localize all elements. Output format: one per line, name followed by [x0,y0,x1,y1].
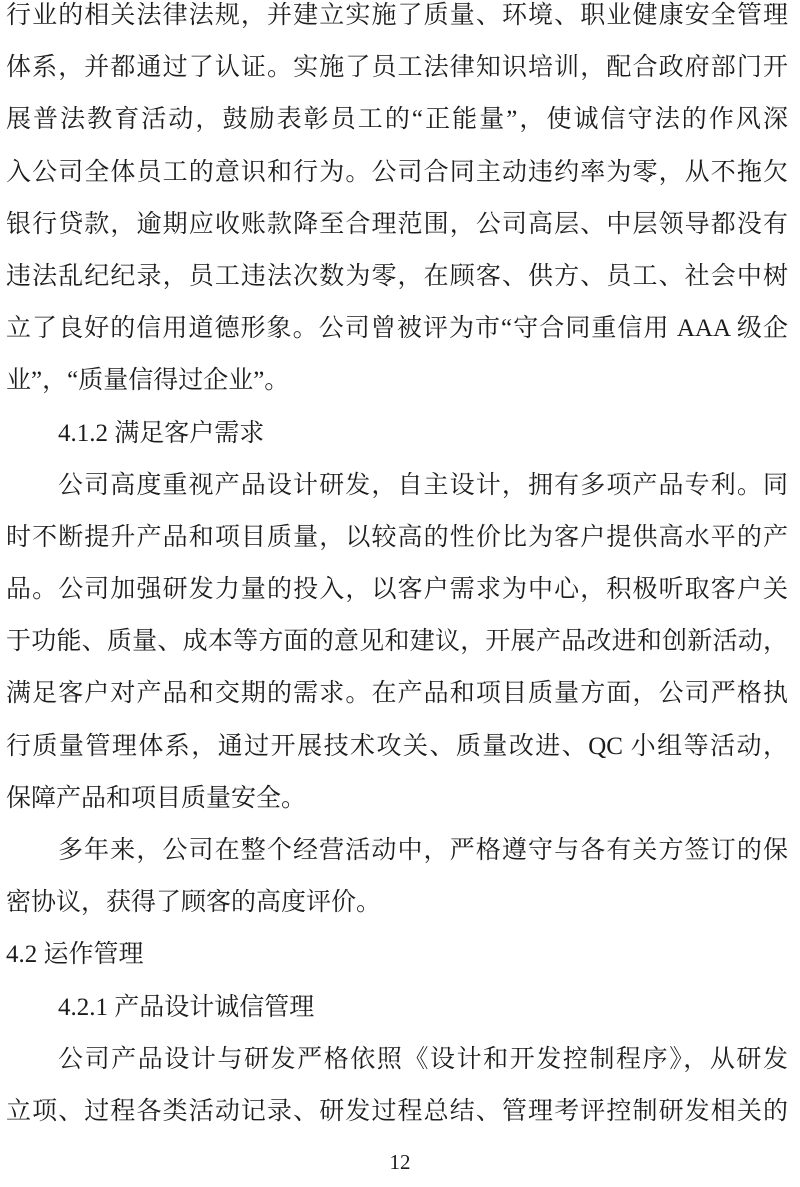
heading-line: 4.2.1 产品设计诚信管理 [6,982,788,1034]
page-number: 12 [0,1150,800,1175]
text-line: 体系，并都通过了认证。实施了员工法律知识培训，配合政府部门开 [6,42,788,94]
text-line: 公司高度重视产品设计研发，自主设计，拥有多项产品专利。同 [6,460,788,512]
heading-line: 4.2 运作管理 [6,929,788,981]
text-line: 满足客户对产品和交期的需求。在产品和项目质量方面，公司严格执 [6,668,788,720]
text-line: 时不断提升产品和项目质量，以较高的性价比为客户提供高水平的产 [6,512,788,564]
text-line: 品。公司加强研发力量的投入，以客户需求为中心，积极听取客户关 [6,564,788,616]
text-line: 展普法教育活动，鼓励表彰员工的“正能量”，使诚信守法的作风深 [6,94,788,146]
text-line: 密协议，获得了顾客的高度评价。 [6,877,788,929]
text-line: 保障产品和项目质量安全。 [6,773,788,825]
heading-line: 4.1.2 满足客户需求 [6,408,788,460]
text-line: 多年来，公司在整个经营活动中，严格遵守与各有关方签订的保 [6,825,788,877]
text-line: 行业的相关法律法规，并建立实施了质量、环境、职业健康安全管理 [6,0,788,42]
document-page: 行业的相关法律法规，并建立实施了质量、环境、职业健康安全管理体系，并都通过了认证… [0,0,800,1187]
text-line: 立了良好的信用道德形象。公司曾被评为市“守合同重信用 AAA 级企 [6,303,788,355]
text-line: 行质量管理体系，通过开展技术攻关、质量改进、QC 小组等活动， [6,721,788,773]
text-line: 立项、过程各类活动记录、研发过程总结、管理考评控制研发相关的 [6,1086,788,1138]
text-line: 入公司全体员工的意识和行为。公司合同主动违约率为零，从不拖欠 [6,147,788,199]
document-body: 行业的相关法律法规，并建立实施了质量、环境、职业健康安全管理体系，并都通过了认证… [6,0,788,1138]
text-line: 公司产品设计与研发严格依照《设计和开发控制程序》，从研发 [6,1034,788,1086]
text-line: 银行贷款，逾期应收账款降至合理范围，公司高层、中层领导都没有 [6,199,788,251]
text-line: 于功能、质量、成本等方面的意见和建议，开展产品改进和创新活动， [6,616,788,668]
text-line: 违法乱纪纪录，员工违法次数为零，在顾客、供方、员工、社会中树 [6,251,788,303]
text-line: 业”，“质量信得过企业”。 [6,355,788,407]
